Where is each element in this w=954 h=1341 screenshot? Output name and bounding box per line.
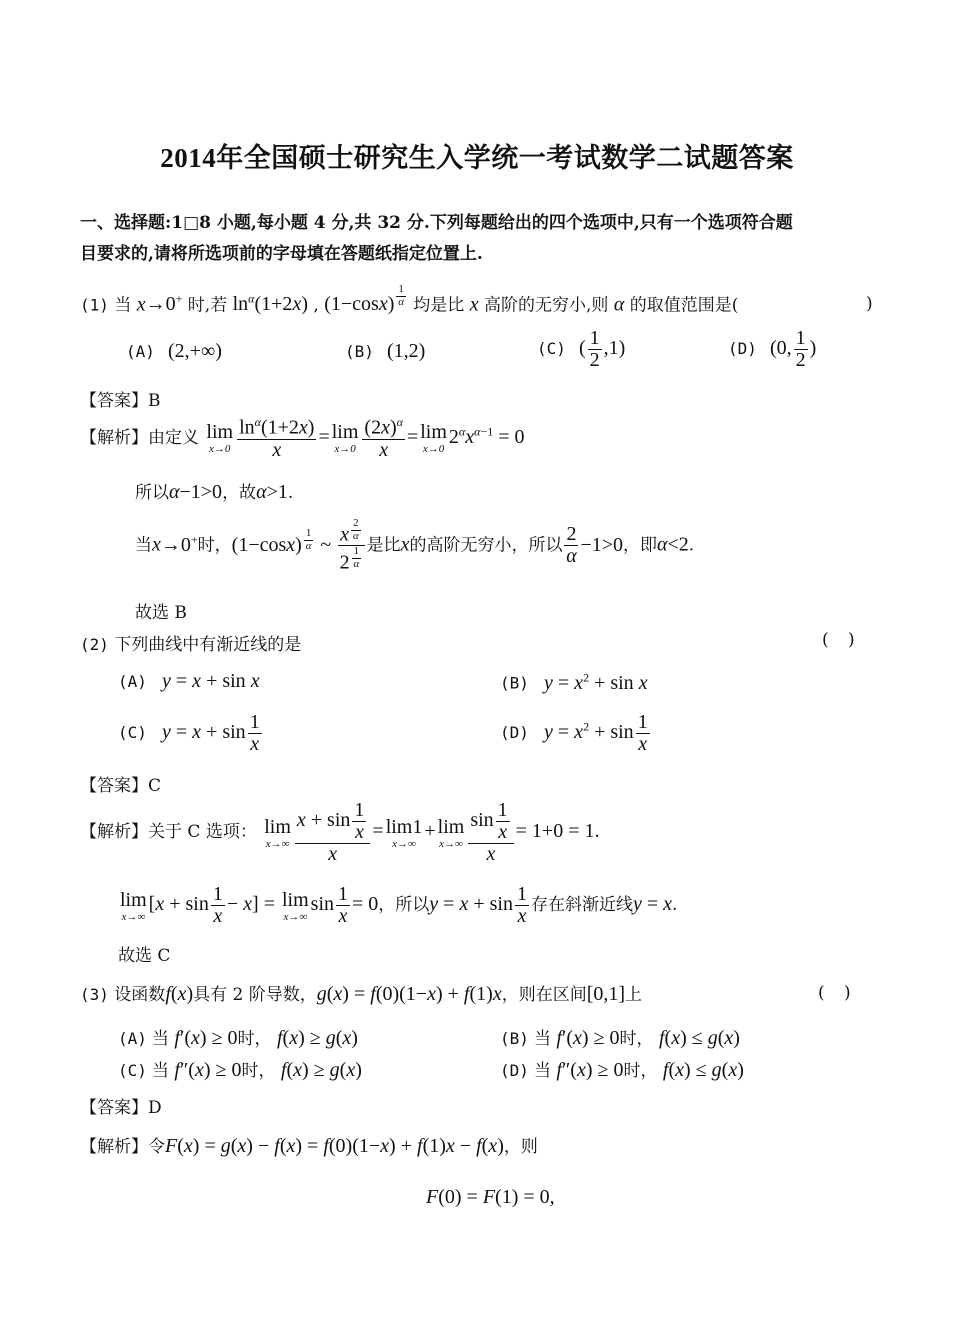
answer-value: D [148,1098,162,1118]
question-3-stem: (3) 设函数f(x)具有 2 阶导数，g(x) = f(0)(1−x) + f… [80,980,642,1006]
option-label: (C) [118,723,147,742]
option-label: (C) [537,339,566,358]
option-text: 当 f″(x) ≥ 0时， f(x) ≥ g(x) [152,1061,362,1081]
option-label: (C) [118,1061,147,1080]
answer-label: 【答案】 [80,776,148,796]
stem-text: 下列曲线中有渐近线的是 [114,635,301,655]
analysis-2-conclusion: 故选 C [118,941,170,966]
math-limit-expression: limx→0lnα(1+2x)x=limx→0(2x)αx=limx→02αxα… [204,426,524,448]
stem-text: 的取值范围是( [630,295,739,315]
option-label: (D) [728,339,757,358]
option-label: (B) [345,342,374,361]
answer-2: 【答案】C [80,771,161,796]
option-c[interactable]: (C) y = x + sin1x [118,712,264,755]
option-d[interactable]: (D) y = x2 + sin1x [500,712,652,755]
answer-3: 【答案】D [80,1093,162,1118]
option-label: (D) [500,1061,529,1080]
math-x-to-0plus: x [137,293,146,315]
option-a[interactable]: (A) y = x + sin x [118,670,260,693]
math: →0+ [146,293,183,315]
section-intro-line1: 一、选择题:1□8 小题,每小题 4 分,共 32 分.下列每题给出的四个选项中… [80,208,793,233]
answer-value: C [148,776,161,796]
analysis-1-line2: 所以α−1>0，故α>1. [135,478,293,504]
stem-text: 时,若 [188,295,227,315]
analysis-2-line1: 【解析】关于 C 选项： limx→∞x + sin1xx=lim1x→∞+li… [80,800,600,865]
analysis-label: 【解析】 [80,1137,148,1157]
option-text: y = x2 + sin1x [544,721,652,743]
option-a[interactable]: (A) 当 f′(x) ≥ 0时， f(x) ≥ g(x) [118,1024,358,1050]
option-text: y = x2 + sin x [544,672,648,694]
answer-bracket: ( ) [818,983,851,1003]
option-text: (1,2) [387,340,425,362]
answer-bracket-close: ) [866,294,873,314]
analysis-2-line2: limx→∞[x + sin1x− x] = limx→∞sin1x= 0，所以… [118,884,677,927]
question-2-stem: (2) 下列曲线中有渐近线的是 [80,630,301,655]
answer-label: 【答案】 [80,391,148,411]
page-title: 2014年全国硕士研究生入学统一考试数学二试题答案 [0,136,954,175]
question-1-stem: (1) 当 x→0+ 时,若 lnα(1+2x) , (1−cosx)1α 均是… [80,288,738,316]
option-label: (A) [118,1029,147,1048]
option-b[interactable]: (B) 当 f′(x) ≥ 0时， f(x) ≤ g(x) [500,1024,740,1050]
option-text: y = x + sin1x [162,721,264,743]
option-b[interactable]: (B) y = x2 + sin x [500,670,648,695]
stem-text: , [313,295,318,315]
math-x: x [470,293,479,315]
option-label: (D) [500,723,529,742]
analysis-1-line3: 当x→0+时，(1−cosx)1α ~ x2α21α是比x的高阶无穷小，所以2α… [135,518,694,574]
option-text: 当 f″(x) ≥ 0时， f(x) ≤ g(x) [534,1061,744,1081]
option-c[interactable]: (C) (12,1) [537,328,625,371]
analysis-3-line1: 【解析】令F(x) = g(x) − f(x) = f(0)(1−x) + f(… [80,1132,538,1158]
answer-value: B [148,391,161,411]
math-ln: lnα(1+2x) [233,293,308,315]
question-number: (3) [80,985,109,1004]
option-d[interactable]: (D) (0,12) [728,328,816,371]
option-text: (2,+∞) [168,340,222,362]
option-c[interactable]: (C) 当 f″(x) ≥ 0时， f(x) ≥ g(x) [118,1056,362,1082]
option-text: 当 f′(x) ≥ 0时， f(x) ≥ g(x) [152,1029,358,1049]
question-number: (1) [80,295,109,314]
option-text: y = x + sin x [162,670,260,692]
answer-bracket: ( ) [822,630,855,650]
stem-text: 均是比 [413,295,464,315]
math-alpha: α [614,293,625,315]
analysis-label: 【解析】 [80,822,148,842]
math-1-cos: (1−cosx)1α [324,293,408,315]
option-text: (0,12) [770,337,816,359]
option-label: (A) [126,342,155,361]
option-label: (A) [118,672,147,691]
option-b[interactable]: (B) (1,2) [345,340,425,363]
question-number: (2) [80,635,109,654]
option-text: (12,1) [579,337,625,359]
option-label: (B) [500,1029,529,1048]
stem-text: 高阶的无穷小,则 [484,295,608,315]
answer-label: 【答案】 [80,1098,148,1118]
option-text: 当 f′(x) ≥ 0时， f(x) ≤ g(x) [534,1029,740,1049]
analysis-label: 【解析】 [80,428,148,448]
stem-text: 当 [114,295,131,315]
analysis-1-conclusion: 故选 B [135,598,187,623]
option-a[interactable]: (A) (2,+∞) [126,340,222,363]
option-label: (B) [500,674,529,693]
analysis-1-line1: 【解析】由定义 limx→0lnα(1+2x)x=limx→0(2x)αx=li… [80,416,525,461]
option-d[interactable]: (D) 当 f″(x) ≥ 0时， f(x) ≤ g(x) [500,1056,744,1082]
answer-1: 【答案】B [80,386,161,411]
analysis-3-line2: F(0) = F(1) = 0, [426,1186,555,1209]
emphasis-dots: ··· [378,252,446,266]
math-limit-expression: limx→∞x + sin1xx=lim1x→∞+limx→∞sin1xx= 1… [262,820,599,842]
